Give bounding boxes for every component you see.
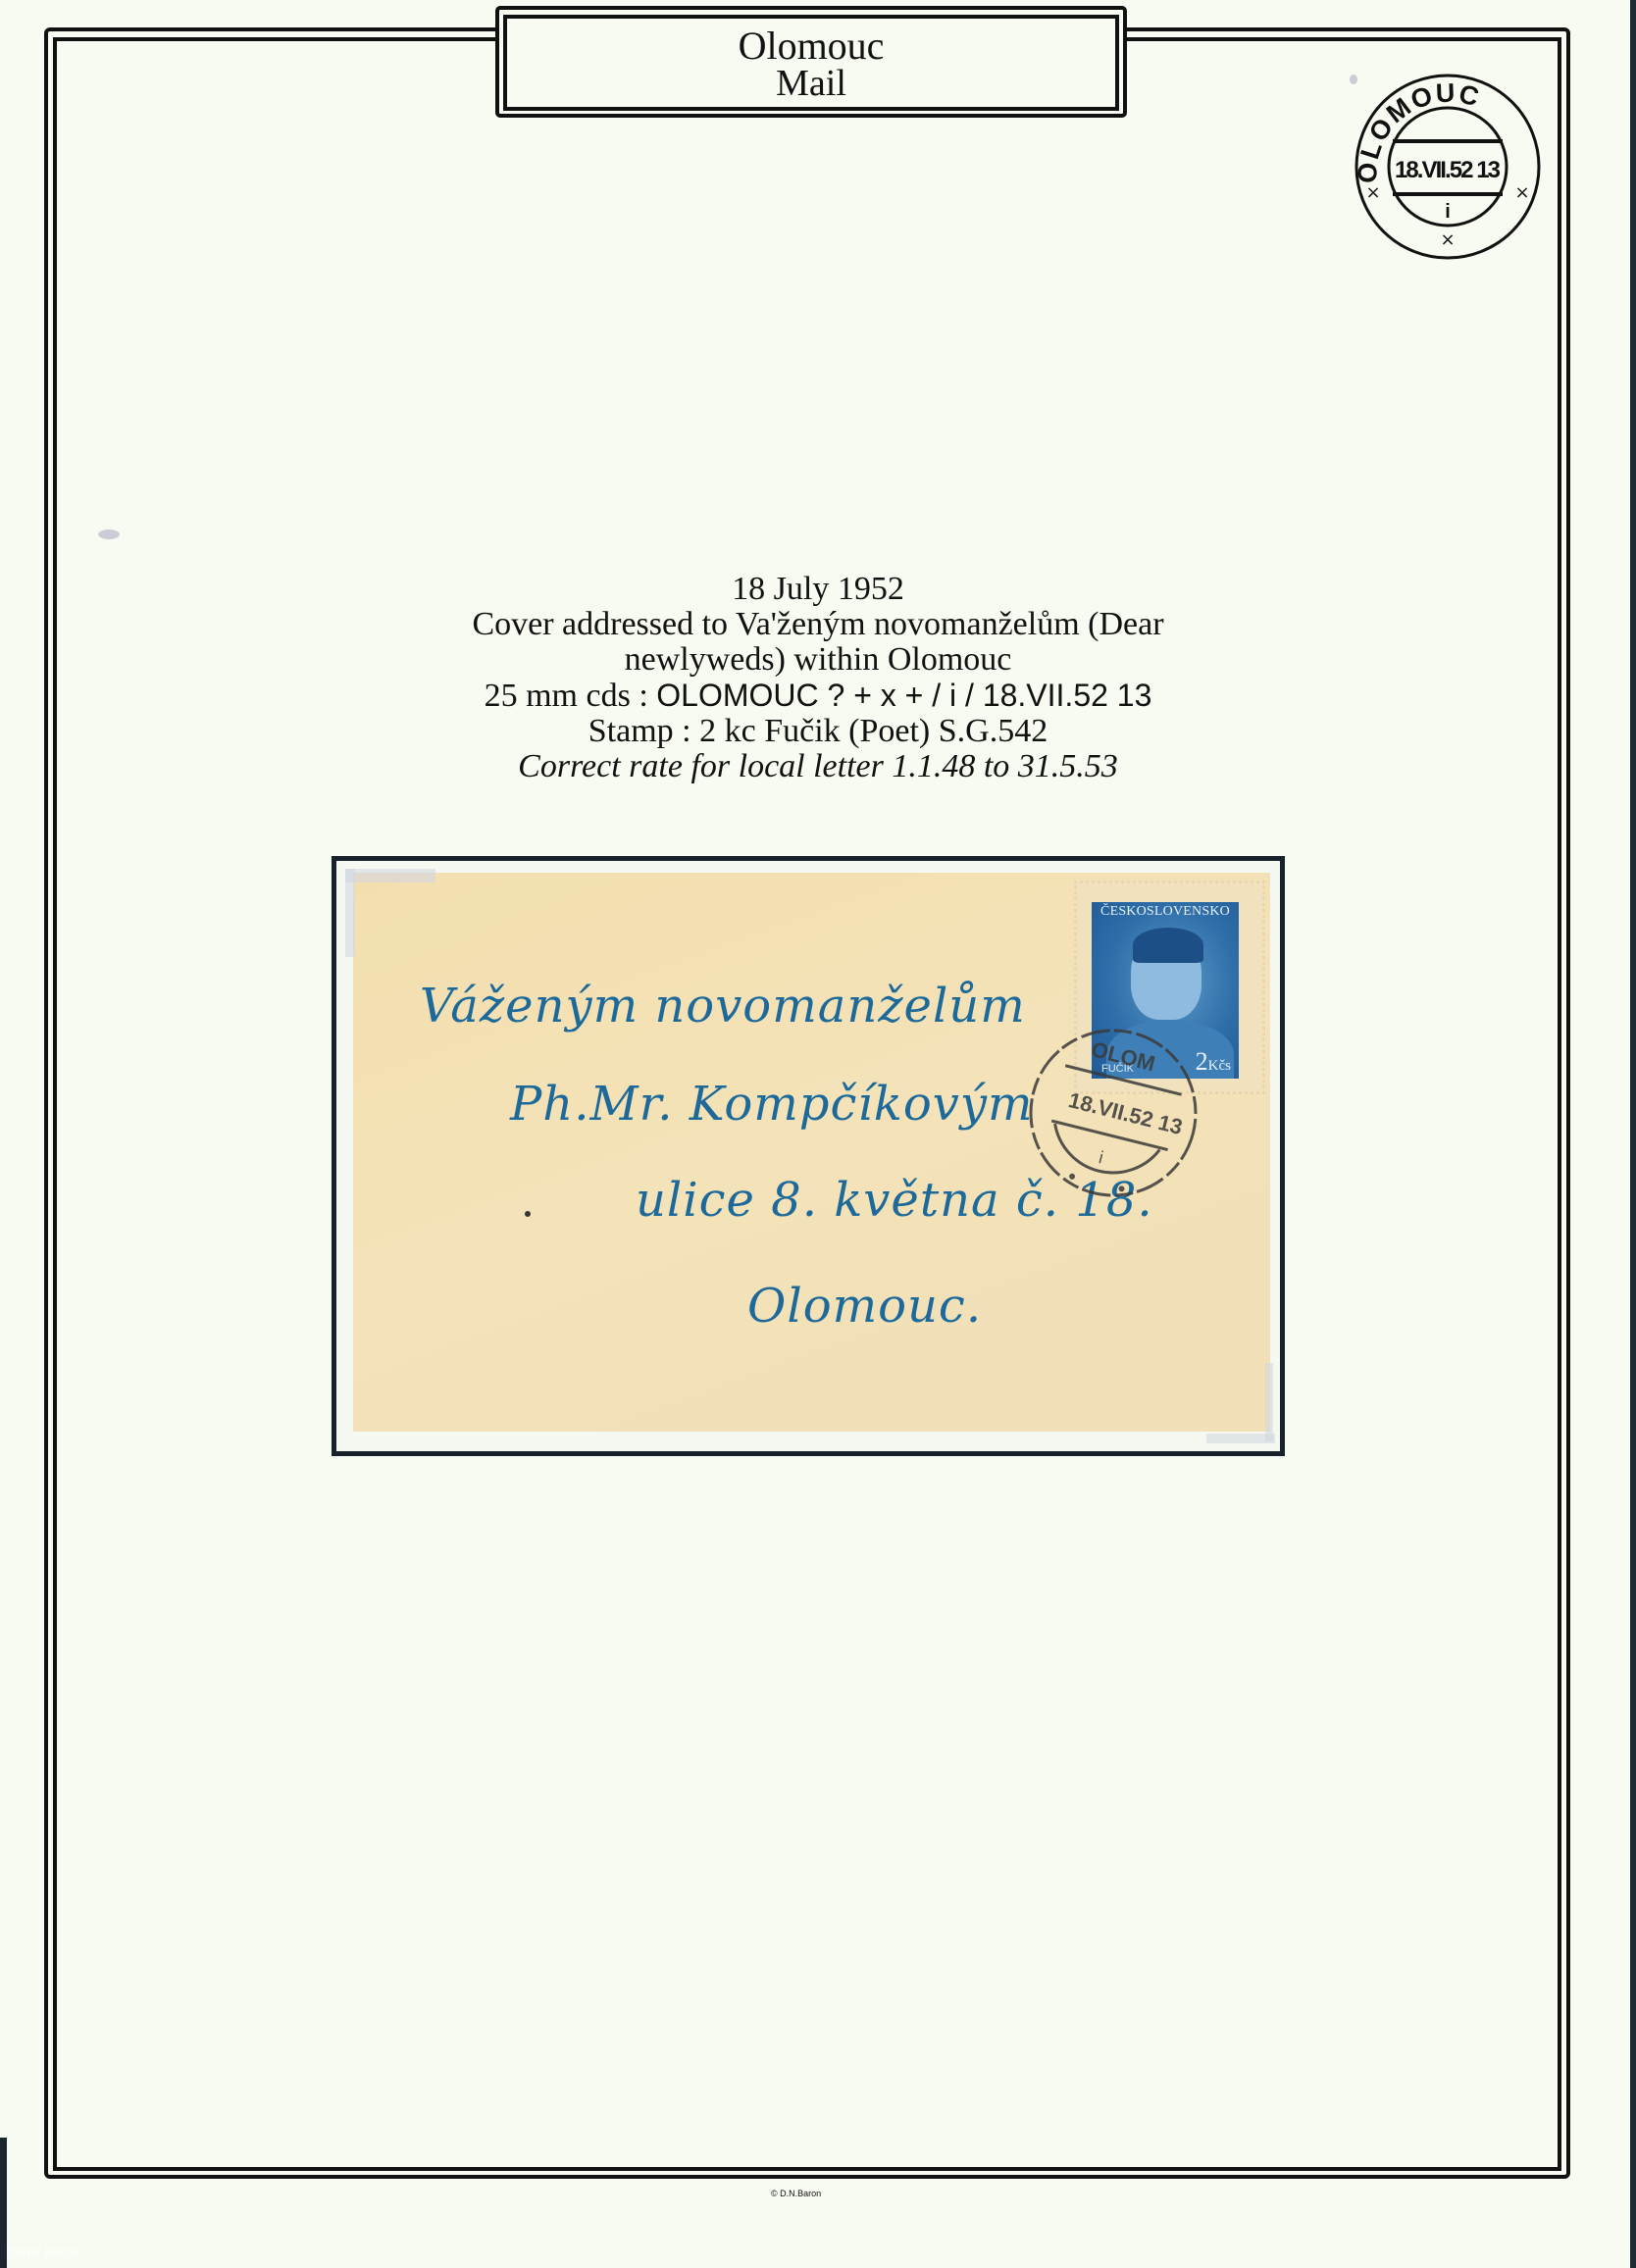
- description-line-2: newlyweds) within Olomouc: [294, 642, 1342, 678]
- cover-postmark-date: 18.VII.52 13: [1066, 1087, 1185, 1139]
- cds-value: OLOMOUC ? + x + / i / 18.VII.52 13: [656, 678, 1151, 713]
- postmark-cross-left: ×: [1365, 182, 1380, 203]
- cover-postmark: OLOM 18.VII.52 13 i: [1020, 1020, 1206, 1206]
- stamp-currency: Kčs: [1208, 1058, 1231, 1074]
- postmark-index: i: [1445, 201, 1451, 223]
- scan-edge-right: [1630, 0, 1636, 2268]
- address-line-4: Olomouc.: [747, 1279, 982, 1334]
- address-line-2: Ph.Mr. Kompčíkovým: [510, 1077, 1033, 1132]
- cover-description: 18 July 1952 Cover addressed to Va'ženým…: [294, 572, 1342, 784]
- cover-date: 18 July 1952: [294, 572, 1342, 607]
- rate-note: Correct rate for local letter 1.1.48 to …: [294, 749, 1342, 784]
- page-title: Olomouc: [507, 26, 1115, 66]
- address-line-1: Váženým novomanželům: [420, 979, 1026, 1033]
- cover-postmark-town: OLOM: [1089, 1036, 1157, 1076]
- ink-smudge: [98, 529, 120, 539]
- stamp-line: Stamp : 2 kc Fučik (Poet) S.G.542: [294, 714, 1342, 749]
- description-line-1: Cover addressed to Va'ženým novomanželům…: [294, 607, 1342, 642]
- watermark: Derek Baron: [6, 2245, 79, 2259]
- copyright: © D.N.Baron: [771, 2189, 821, 2198]
- postmark-illustration: OLOMOUC 18.VII.52 13 i × × ×: [1352, 71, 1544, 263]
- page-subtitle: Mail: [507, 66, 1115, 101]
- cover-postmark-index: i: [1097, 1147, 1105, 1167]
- ink-dot: [525, 1211, 531, 1217]
- mount-corner-top-left: [345, 869, 435, 882]
- header-title-box: Olomouc Mail: [503, 15, 1119, 111]
- mount-corner-top-left: [345, 869, 355, 957]
- ink-smudge: [1350, 75, 1357, 84]
- mount-corner-bottom-right: [1265, 1363, 1273, 1441]
- postmark-cross-right: ×: [1514, 182, 1529, 203]
- postmark-date: 18.VII.52 13: [1395, 157, 1501, 183]
- cds-label: 25 mm cds :: [485, 678, 648, 714]
- stamp-country: ČESKOSLOVENSKO: [1092, 904, 1239, 920]
- cds-line: 25 mm cds : OLOMOUC ? + x + / i / 18.VII…: [294, 678, 1342, 714]
- stamp-portrait-hair: [1133, 928, 1203, 963]
- postmark-cross-bottom: ×: [1440, 229, 1455, 250]
